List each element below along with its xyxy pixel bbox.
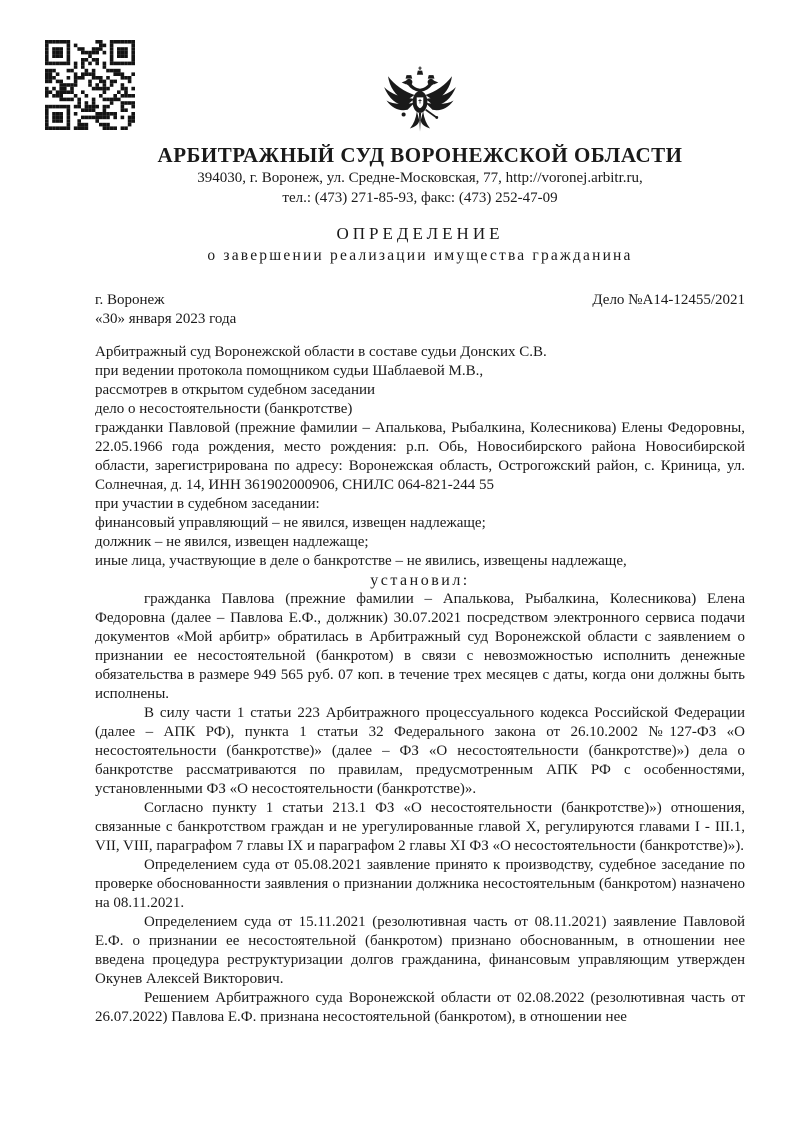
city-label: г. Воронеж xyxy=(95,291,165,310)
participants-line-0: при участии в судебном заседании: xyxy=(95,495,745,514)
qr-code-icon xyxy=(45,40,135,130)
intro-line-hearing: рассмотрев в открытом судебном заседании xyxy=(95,381,745,400)
participants-line-1: финансовый управляющий – не явился, изве… xyxy=(95,514,745,533)
paragraph-restructuring: Определением суда от 15.11.2021 (резолют… xyxy=(95,913,745,989)
court-name: АРБИТРАЖНЫЙ СУД ВОРОНЕЖСКОЙ ОБЛАСТИ xyxy=(95,143,745,168)
court-address: 394030, г. Воронеж, ул. Средне-Московска… xyxy=(95,168,745,188)
resolution-word: установил: xyxy=(95,571,745,590)
court-phone: тел.: (473) 271-85-93, факс: (473) 252-4… xyxy=(95,188,745,208)
intro-line-case: дело о несостоятельности (банкротстве) xyxy=(95,400,745,419)
russian-coat-of-arms-icon xyxy=(381,66,459,138)
document-body: Арбитражный суд Воронежской области в со… xyxy=(95,343,745,1027)
paragraph-filing: гражданка Павлова (прежние фамилии – Апа… xyxy=(95,590,745,704)
paragraph-article-213: Согласно пункту 1 статьи 213.1 ФЗ «О нес… xyxy=(95,799,745,856)
participants-line-2: должник – не явился, извещен надлежаще; xyxy=(95,533,745,552)
paragraph-bankruptcy-decision: Решением Арбитражного суда Воронежской о… xyxy=(95,989,745,1027)
participants-line-3: иные лица, участвующие в деле о банкротс… xyxy=(95,552,745,571)
spacer xyxy=(95,329,745,343)
debtor-description: гражданки Павловой (прежние фамилии – Ап… xyxy=(95,419,745,495)
document-date: «30» января 2023 года xyxy=(95,310,745,329)
intro-line-judge: Арбитражный суд Воронежской области в со… xyxy=(95,343,745,362)
document-type-title: ОПРЕДЕЛЕНИЕ xyxy=(95,223,745,244)
intro-line-clerk: при ведении протокола помощником судьи Ш… xyxy=(95,362,745,381)
court-document-page: АРБИТРАЖНЫЙ СУД ВОРОНЕЖСКОЙ ОБЛАСТИ 3940… xyxy=(0,0,800,1131)
document-subtitle: о завершении реализации имущества гражда… xyxy=(95,246,745,266)
paragraph-acceptance: Определением суда от 05.08.2021 заявлени… xyxy=(95,856,745,913)
case-number: Дело №А14-12455/2021 xyxy=(592,291,745,310)
meta-row: г. Воронеж Дело №А14-12455/2021 xyxy=(95,291,745,310)
paragraph-apk-rf: В силу части 1 статьи 223 Арбитражного п… xyxy=(95,704,745,799)
